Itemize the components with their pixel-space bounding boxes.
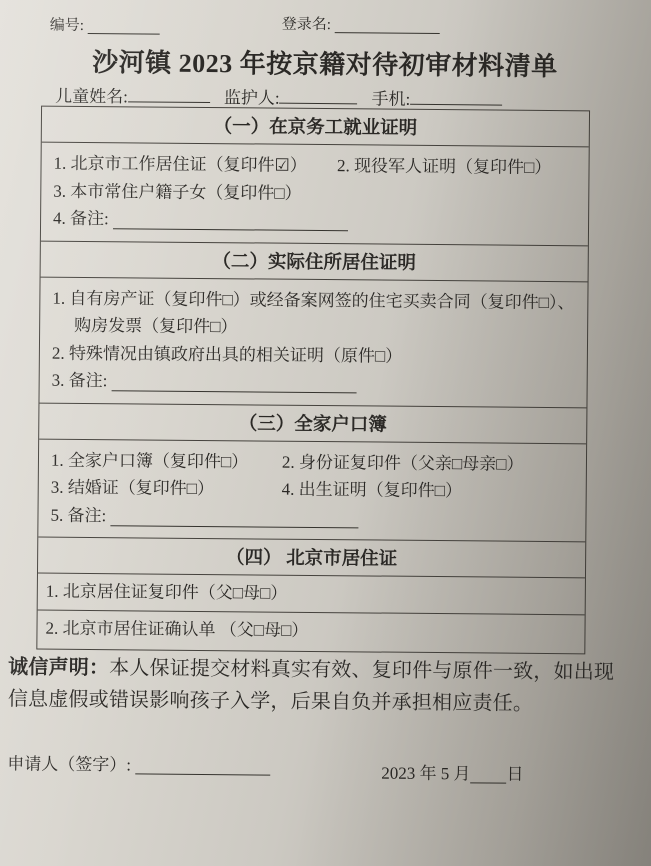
section1-body: 1. 北京市工作居住证（复印件☑） 2. 现役军人证明（复印件□） 3. 本市常… [41,143,589,246]
date-suffix: 日 [506,765,523,784]
serial-label: 编号: [50,18,84,34]
section1-item1: 1. 北京市工作居住证（复印件☑） [53,150,337,180]
serial-number-field: 编号: [50,14,160,36]
paper-form: 编号: 登录名: 沙河镇 2023 年按京籍对待初审材料清单 儿童姓名: 监护人… [0,0,651,866]
section3-remark-blank-line [110,508,358,528]
applicant-signature-row: 申请人（签字）: [7,749,629,779]
section1-item2: 2. 现役军人证明（复印件□） [337,152,579,182]
section3-remark-label: 5. 备注: [50,505,106,524]
date-row: 2023 年 5 月日 [381,759,523,785]
login-label: 登录名: [282,17,331,33]
section3-item1: 1. 全家户口簿（复印件□） [51,446,282,476]
section2-header: （二）实际住所居住证明 [41,241,588,282]
section3-row2: 3. 结婚证（复印件□） 4. 出生证明（复印件□） [51,474,576,506]
serial-blank-line [88,18,160,35]
signature-blank-line [135,756,270,775]
section1-header: （一）在京务工就业证明 [42,107,589,148]
section2-remark-label: 3. 备注: [52,371,108,390]
section1-remark-row: 4. 备注: [53,205,578,237]
section1-remark-blank-line [113,211,348,231]
section2-remark-blank-line [112,373,357,393]
section3-body: 1. 全家户口簿（复印件□） 2. 身份证复印件（父亲□母亲□） 3. 结婚证（… [38,439,586,542]
section3-remark-row: 5. 备注: [50,501,575,533]
section4-header: （四） 北京市居住证 [38,538,585,579]
child-name-label: 儿童姓名: [55,82,128,108]
login-name-field: 登录名: [282,13,440,35]
phone-blank-line [410,87,502,106]
section1-remark-label: 4. 备注: [53,209,109,228]
section4-item1: 1. 北京居住证复印件（父□母□） [38,574,585,615]
section4-item2: 2. 北京市居住证确认单 （父□母□） [37,610,584,653]
child-name-blank-line [128,84,210,103]
section2-item1-line2: 购房发票（复印件□） [52,312,577,344]
date-day-blank-line [470,765,506,783]
section2-remark-row: 3. 备注: [52,367,577,399]
guardian-label: 监护人: [224,83,280,108]
section3-item4: 4. 出生证明（复印件□） [282,476,576,506]
login-blank-line [335,17,440,34]
date-prefix: 2023 年 5 月 [381,764,470,784]
guardian-blank-line [280,86,358,105]
materials-checklist-table: （一）在京务工就业证明 1. 北京市工作居住证（复印件☑） 2. 现役军人证明（… [36,106,590,655]
section2-body: 1. 自有房产证（复印件□）或经备案网签的住宅买卖合同（复印件□）、 购房发票（… [39,277,587,408]
section3-header: （三）全家户口簿 [39,403,586,444]
section3-item3: 3. 结婚证（复印件□） [51,474,282,504]
phone-label: 手机: [372,84,411,109]
section3-item2: 2. 身份证复印件（父亲□母亲□） [282,448,576,478]
form-title: 沙河镇 2023 年按京籍对待初审材料清单 [0,41,651,84]
applicant-signature-label: 申请人（签字）: [7,754,131,774]
declaration-label: 诚信声明： [8,656,109,679]
integrity-declaration: 诚信声明：本人保证提交材料真实有效、复印件与原件一致，如出现信息虚假或错误影响孩… [8,652,631,721]
section1-row1: 1. 北京市工作居住证（复印件☑） 2. 现役军人证明（复印件□） [53,150,578,182]
document-photo: 编号: 登录名: 沙河镇 2023 年按京籍对待初审材料清单 儿童姓名: 监护人… [0,0,651,866]
